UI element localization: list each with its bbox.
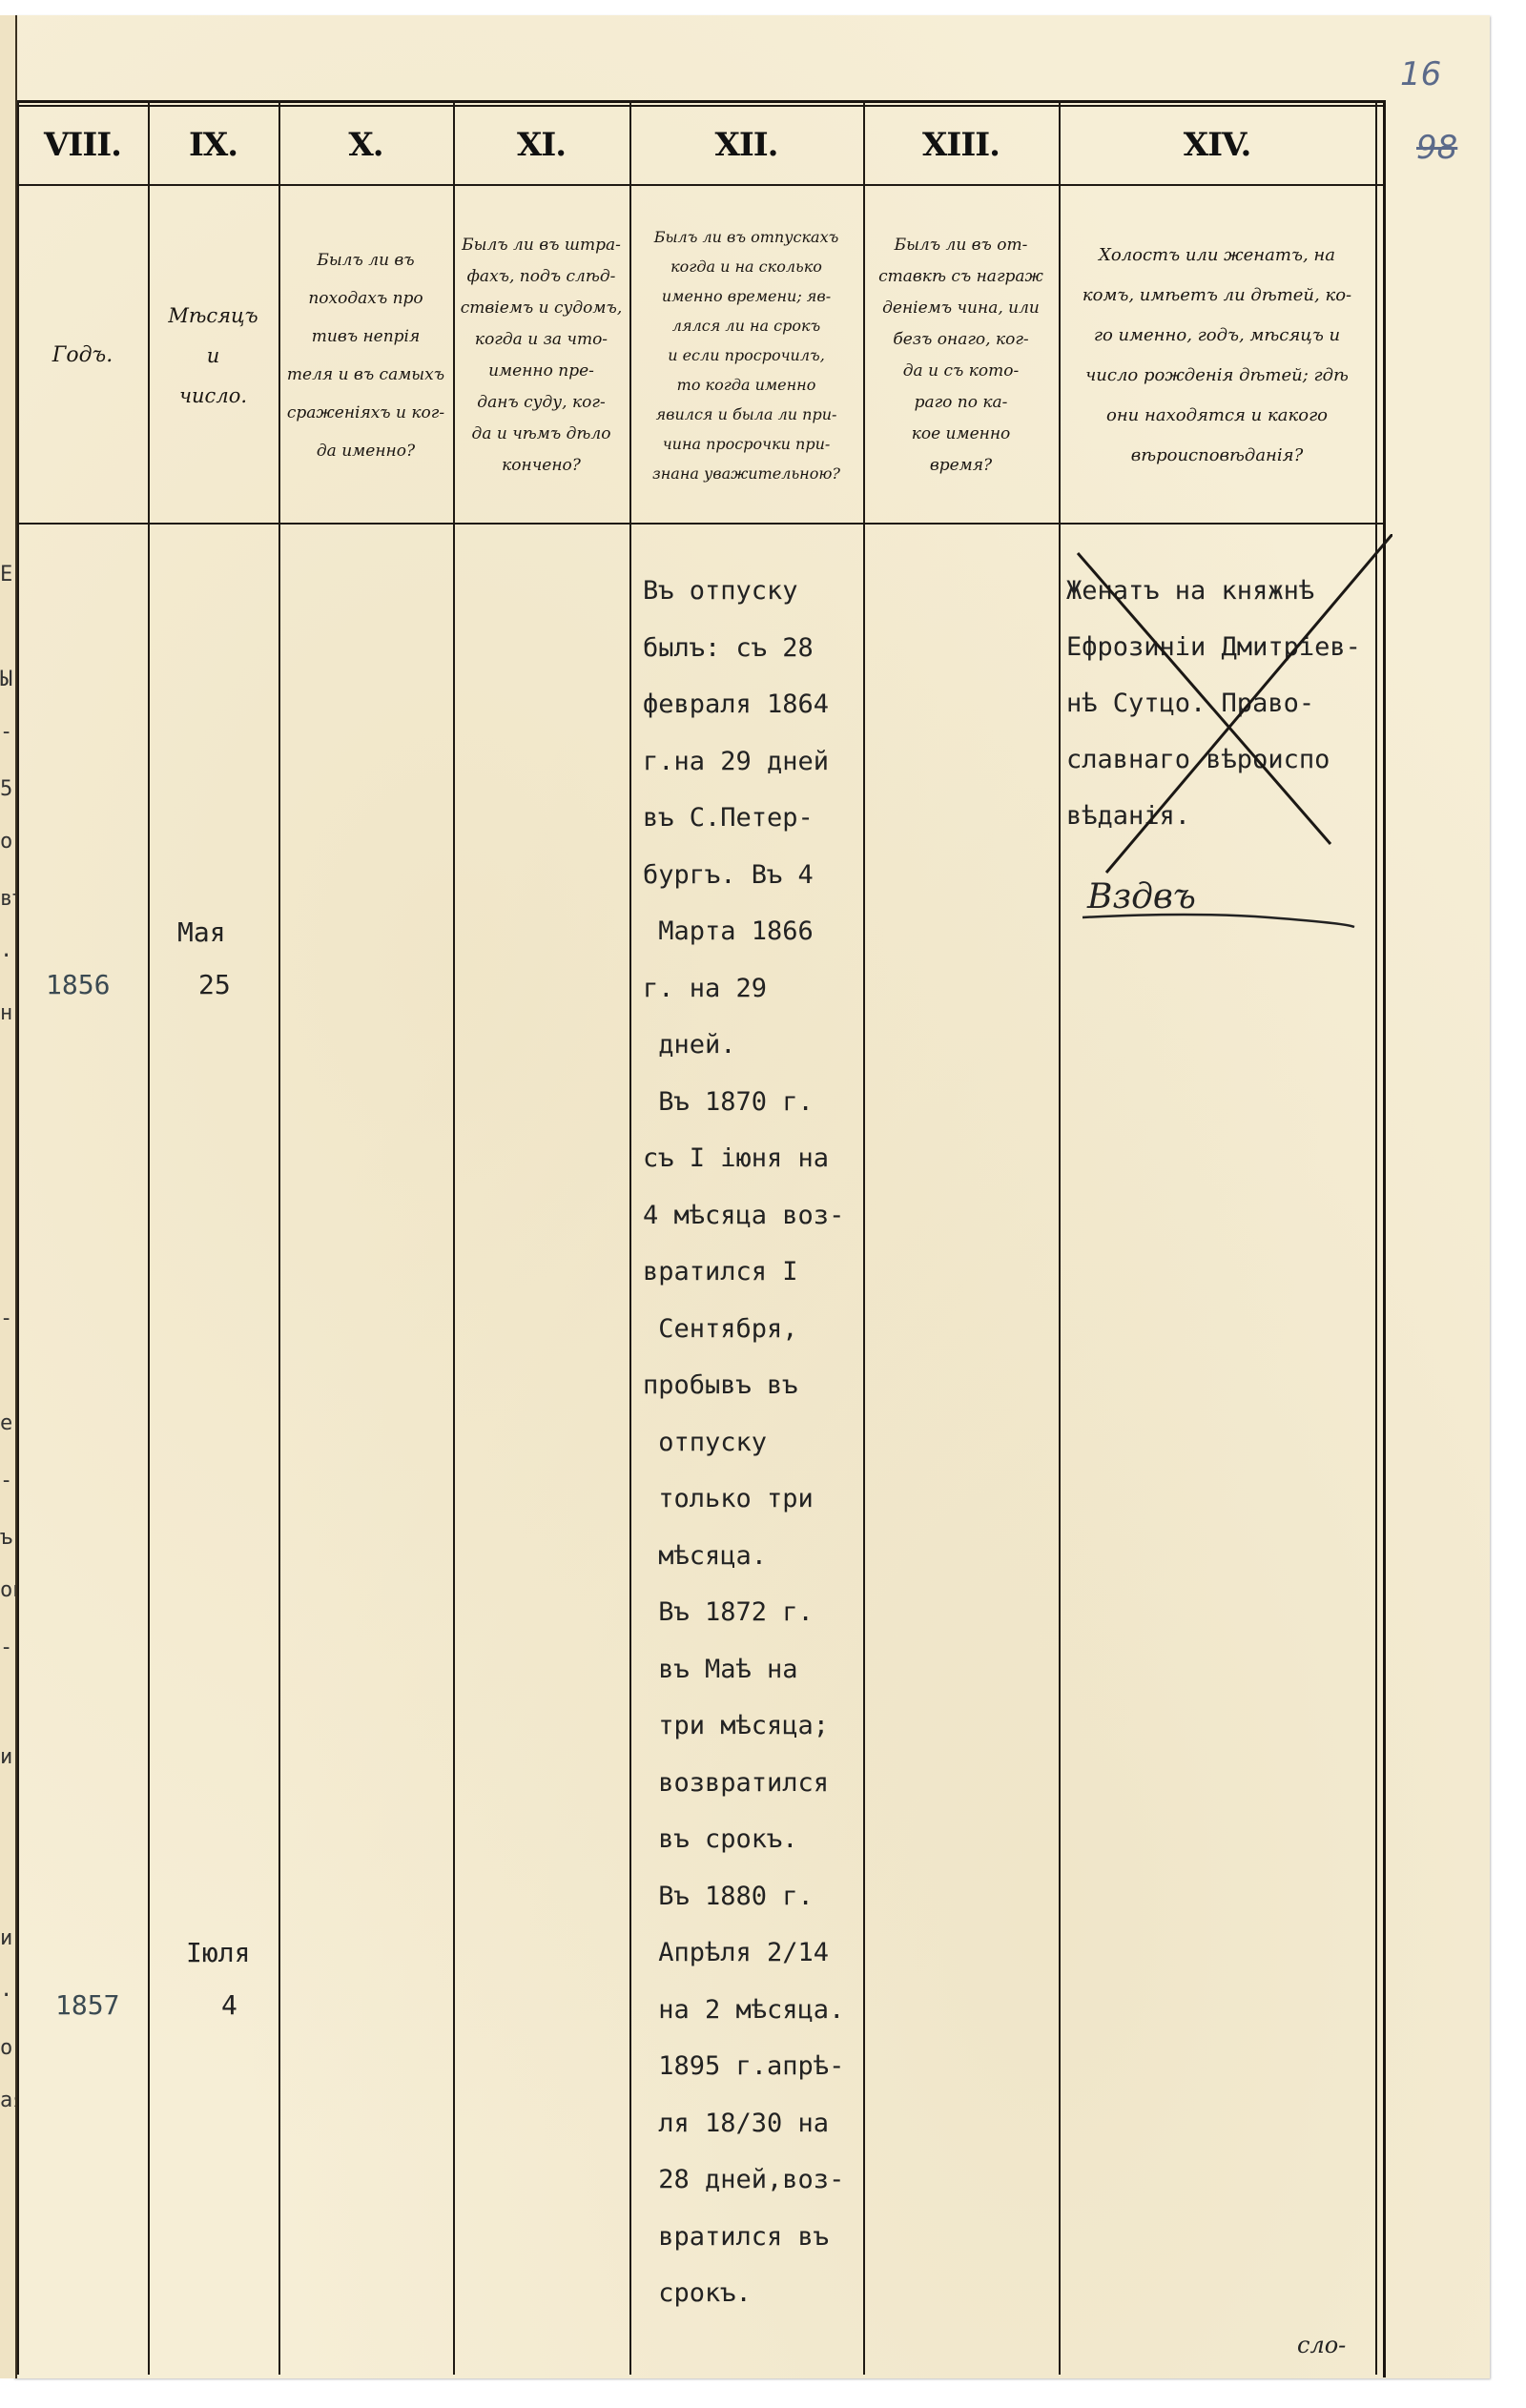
- column-header-leaves: Былъ ли въ отпускахъ когда и на сколько …: [629, 191, 863, 520]
- column-header-month-day: Мѣсяцъ и число.: [148, 191, 278, 520]
- margin-fragment: н: [0, 1001, 15, 1025]
- margin-fragment: е-: [0, 1411, 15, 1435]
- column-header-family: Холостъ или женатъ, на комъ, имѣетъ ли д…: [1059, 191, 1375, 520]
- entry-leave-record: Въ отпуску былъ: съ 28 февраля 1864 г.на…: [643, 563, 844, 2322]
- signature-underline-icon: [1078, 906, 1364, 935]
- column-divider-inner-right: [1375, 100, 1377, 2375]
- column-header-text: Былъ ли въ штра- фахъ, подъ слѣд- ствіем…: [461, 230, 622, 482]
- column-header-text: Былъ ли въ от- ставкѣ съ награж деніемъ …: [878, 230, 1043, 482]
- column-header-campaigns: Былъ ли въ походахъ про тивъ непрія теля…: [278, 191, 453, 520]
- margin-fragment: -: [0, 1469, 15, 1492]
- column-header-text: Былъ ли въ походахъ про тивъ непрія теля…: [287, 241, 444, 470]
- entry-year-1: 1856: [46, 957, 110, 1013]
- margin-fragment: Е-: [0, 563, 15, 587]
- column-header-text: Былъ ли въ отпускахъ когда и на сколько …: [652, 222, 840, 488]
- column-numeral-xiv: XIV.: [1059, 116, 1375, 174]
- column-header-year: Годъ.: [17, 191, 148, 520]
- margin-fragment: -: [0, 1307, 15, 1330]
- handwritten-continuation-mark: сло-: [1297, 2332, 1346, 2358]
- margin-fragment: Ы-: [0, 668, 15, 691]
- column-header-text: Мѣсяцъ и число.: [168, 296, 258, 416]
- entry-year-2: 1857: [55, 1977, 119, 2033]
- margin-fragment: о: [0, 830, 15, 854]
- entry-month-2: Іюля: [186, 1924, 250, 1981]
- archive-page-number-crossed: 98: [1416, 129, 1457, 167]
- column-header-text: Холостъ или женатъ, на комъ, имѣетъ ли д…: [1083, 236, 1351, 476]
- column-header-text: Годъ.: [52, 341, 113, 370]
- strike-through-cross-icon: [1068, 534, 1392, 896]
- margin-fragment: ·: [0, 1984, 15, 2007]
- margin-fragment: 5: [0, 777, 15, 801]
- column-header-retirement: Былъ ли въ от- ставкѣ съ награж деніемъ …: [863, 191, 1059, 520]
- entry-month-1: Мая: [177, 904, 226, 960]
- column-header-penalties: Былъ ли въ штра- фахъ, подъ слѣд- ствіем…: [453, 191, 629, 520]
- previous-page-edge: [0, 15, 17, 2378]
- archive-page-number: 16: [1400, 55, 1441, 93]
- margin-fragment: въ: [0, 887, 15, 911]
- margin-fragment: ъ: [0, 1526, 15, 1550]
- numeral-row-divider: [17, 184, 1383, 186]
- header-row-divider: [17, 523, 1383, 525]
- margin-fragment: ой: [0, 1578, 15, 1602]
- margin-fragment: ая: [0, 2089, 15, 2112]
- margin-fragment: и: [0, 1745, 15, 1769]
- margin-fragment: и-: [0, 1926, 15, 1950]
- table-top-inner-rule: [17, 105, 1383, 107]
- entry-day-1: 25: [198, 957, 231, 1013]
- column-numeral-viii: VIII.: [17, 116, 148, 174]
- margin-fragment: о-: [0, 2036, 15, 2060]
- entry-day-2: 4: [221, 1977, 237, 2033]
- margin-fragment: -: [0, 720, 15, 744]
- column-numeral-xi: XI.: [453, 116, 629, 174]
- margin-fragment: ·: [0, 944, 15, 968]
- column-numeral-xii: XII.: [629, 116, 863, 174]
- margin-fragment: -: [0, 1636, 15, 1659]
- column-numeral-ix: IX.: [148, 116, 278, 174]
- column-numeral-xiii: XIII.: [863, 116, 1059, 174]
- column-numeral-x: X.: [278, 116, 453, 174]
